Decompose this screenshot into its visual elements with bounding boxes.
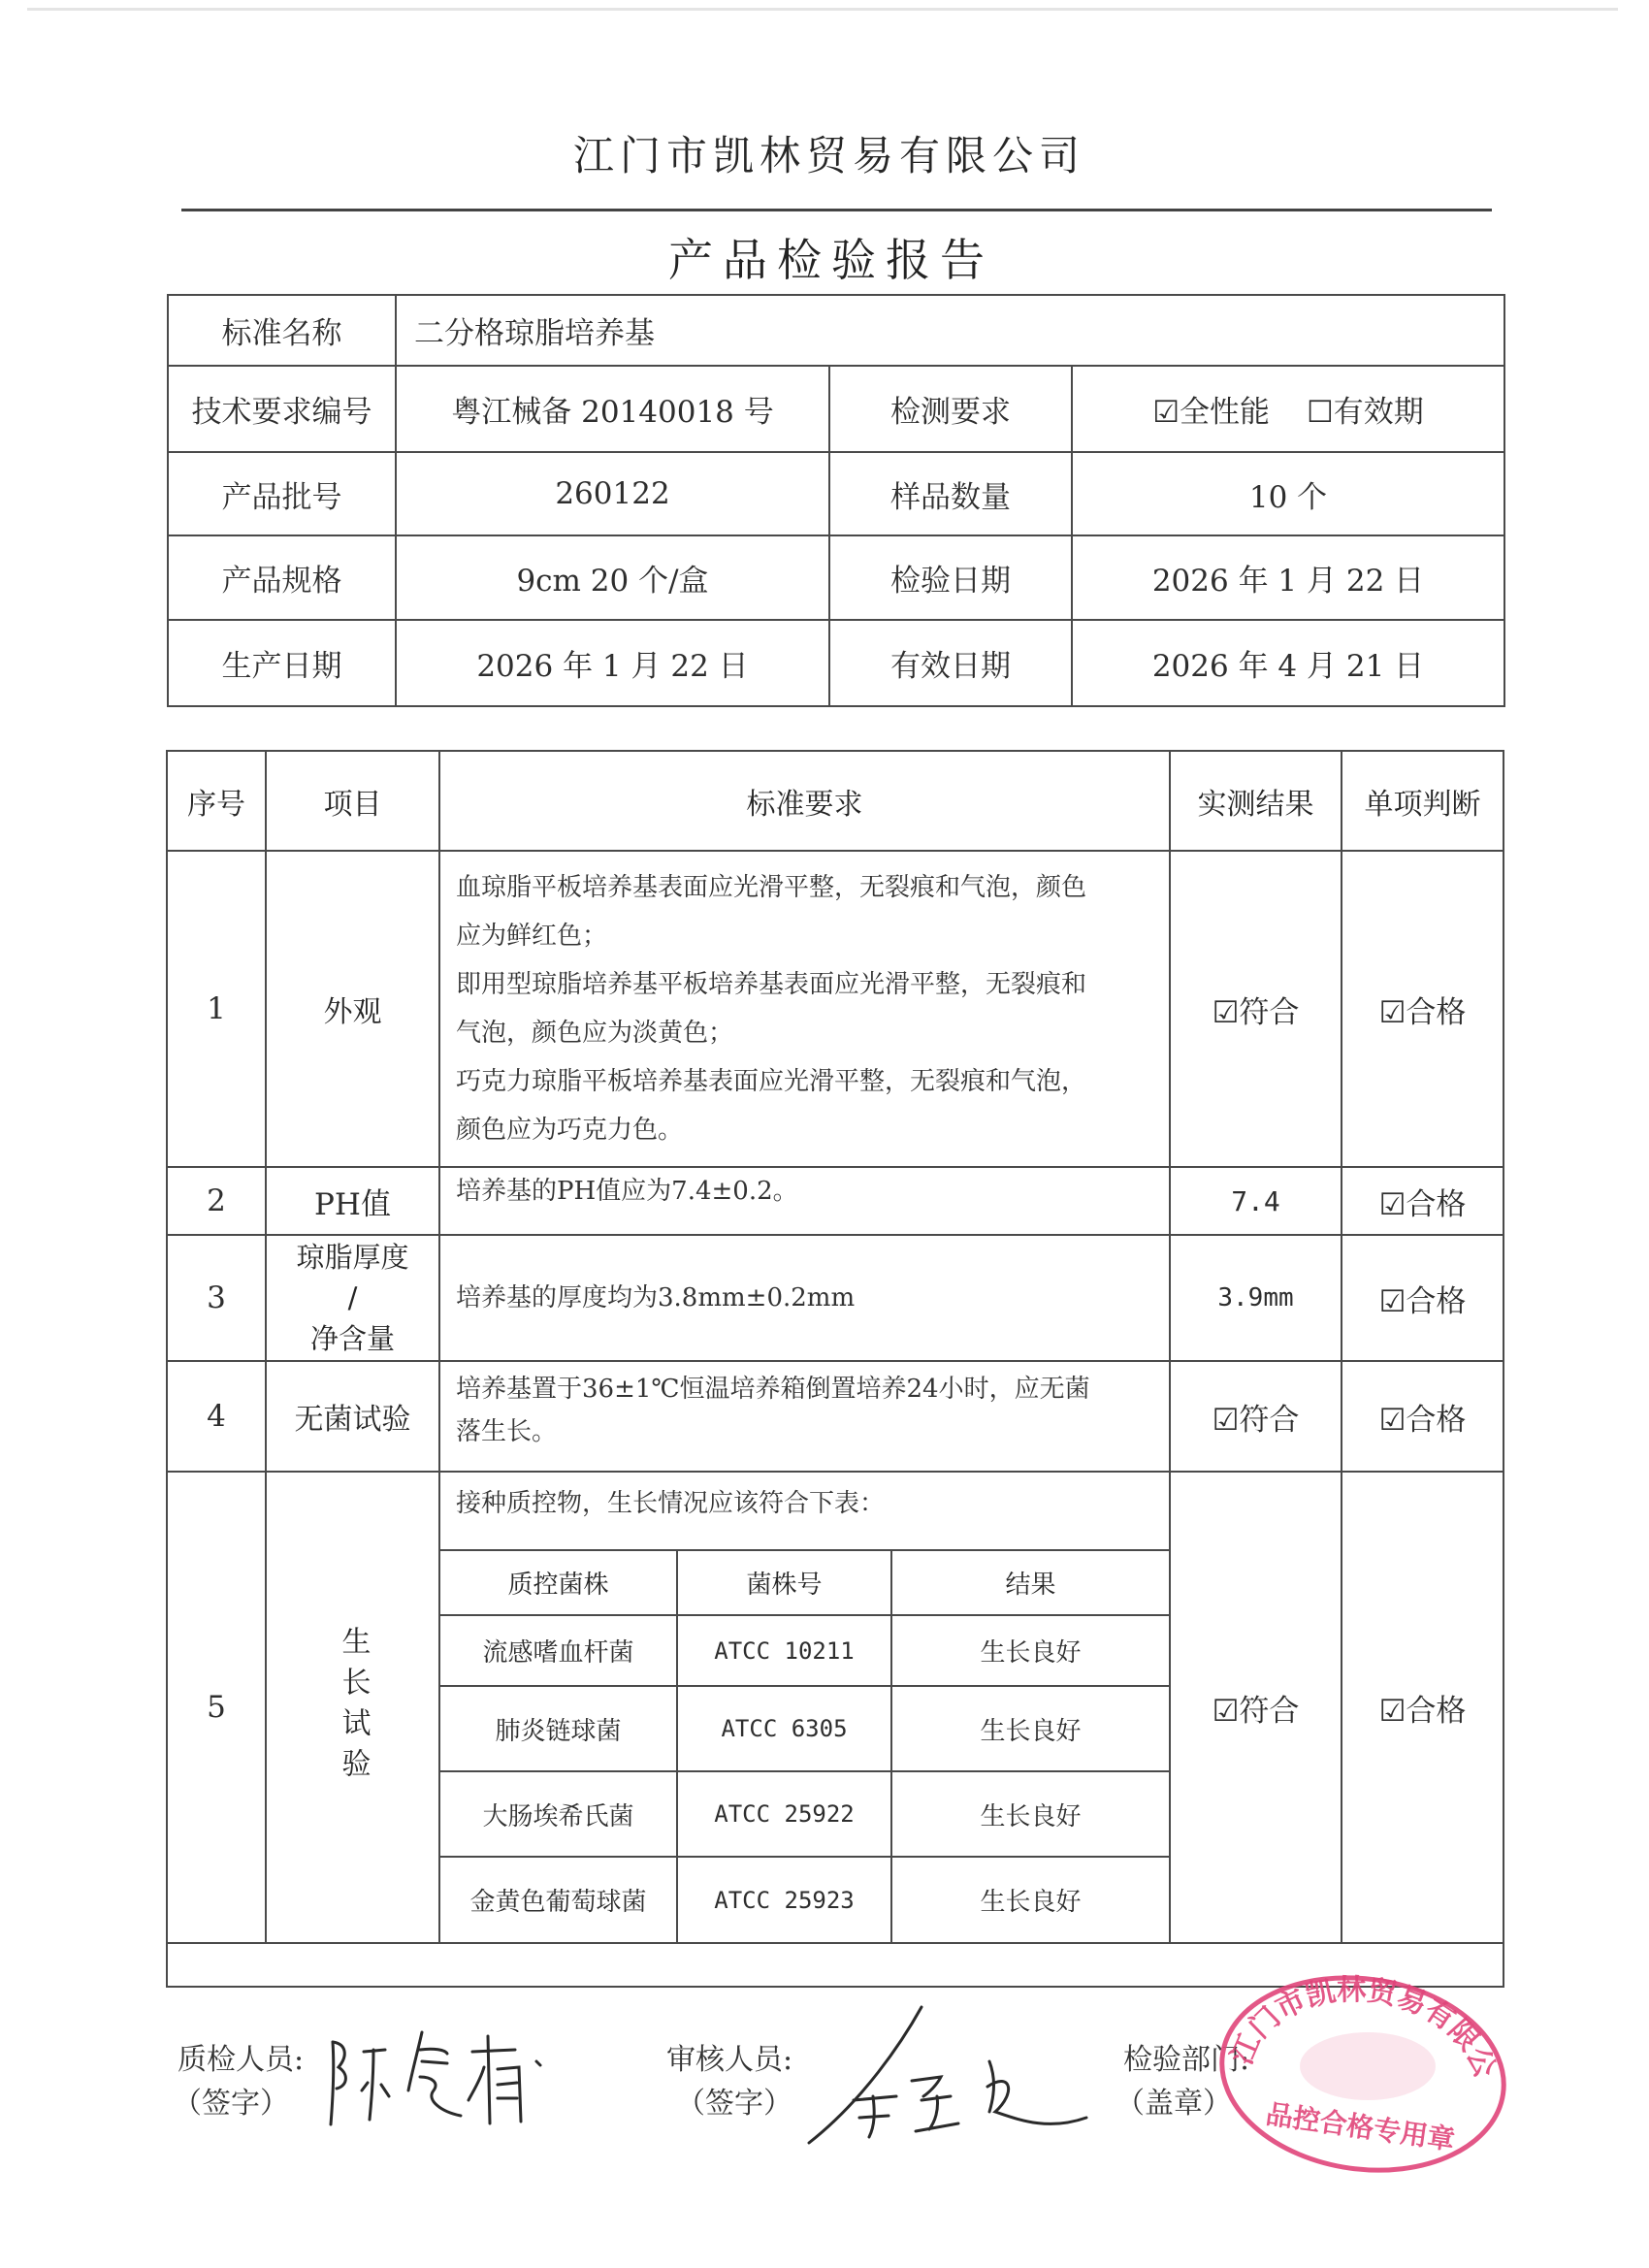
option-full-performance[interactable]: ☑全性能 xyxy=(1152,387,1270,431)
row-no: 3 xyxy=(168,1236,265,1360)
strain-name: 金黄色葡萄球菌 xyxy=(440,1858,676,1942)
requirement-line: 即用型琼脂培养基平板培养基表面应光滑平整，无裂痕和 xyxy=(456,960,1164,1009)
strain-name: 流感嗜血杆菌 xyxy=(440,1616,676,1685)
tech-req-value: 粤江械备 20140018 号 xyxy=(397,367,828,451)
spec-label: 产品规格 xyxy=(169,536,395,619)
row-judgement[interactable]: ☑合格 xyxy=(1342,1236,1503,1360)
report-title: 产品检验报告 xyxy=(0,225,1649,289)
requirement-line: 颜色应为巧克力色。 xyxy=(456,1106,1164,1154)
test-req-options: ☑全性能 ☐有效期 xyxy=(1073,367,1503,451)
item-line: 琼脂厚度 xyxy=(296,1237,408,1278)
requirement-line: 气泡，颜色应为淡黄色； xyxy=(456,1009,1164,1057)
strain-header-result: 结果 xyxy=(892,1551,1169,1614)
sample-qty-label: 样品数量 xyxy=(830,453,1071,535)
requirement-line: 落生长。 xyxy=(456,1410,1164,1453)
stamp-inner-text: 品控合格专用章 xyxy=(1264,2098,1457,2156)
row-result[interactable]: ☑符合 xyxy=(1171,1473,1341,1942)
requirement-line: 巧克力琼脂平板培养基表面应光滑平整，无裂痕和气泡， xyxy=(456,1057,1164,1106)
inspect-date-label: 检验日期 xyxy=(830,536,1071,619)
reviewer-signature xyxy=(795,2003,1106,2149)
header-requirement: 标准要求 xyxy=(440,752,1169,850)
header-divider xyxy=(181,209,1492,211)
row-requirement: 培养基的厚度均为3.8mm±0.2mm xyxy=(456,1236,1164,1360)
page-scan-edge xyxy=(27,8,1618,11)
tech-req-label: 技术要求编号 xyxy=(169,367,395,451)
row-item: 外观 xyxy=(267,852,438,1166)
inspect-date-value: 2026 年 1 月 22 日 xyxy=(1073,536,1503,619)
inspector-label: 质检人员: xyxy=(178,2040,304,2081)
standard-name-value: 二分格琼脂培养基 xyxy=(397,296,1503,365)
row-judgement[interactable]: ☑合格 xyxy=(1342,1362,1503,1471)
strain-header-name: 质控菌株 xyxy=(440,1551,676,1614)
option-expiry[interactable]: ☐有效期 xyxy=(1307,387,1424,431)
strain-id: ATCC 6305 xyxy=(678,1687,890,1770)
item-line: 净含量 xyxy=(310,1318,395,1359)
prod-date-label: 生产日期 xyxy=(169,621,395,705)
inspector-sub-label: （签字） xyxy=(173,2084,289,2124)
option-label: 有效期 xyxy=(1334,395,1424,430)
company-name: 江门市凯林贸易有限公司 xyxy=(0,124,1649,182)
company-stamp: 江门市凯林贸易有限公司 品控合格专用章 xyxy=(1212,1969,1513,2173)
requirement-line: 应为鲜红色； xyxy=(456,912,1164,960)
strain-result: 生长良好 xyxy=(892,1616,1169,1685)
row-result: 7.4 xyxy=(1171,1168,1341,1234)
strain-result: 生长良好 xyxy=(892,1772,1169,1856)
standard-name-label: 标准名称 xyxy=(169,296,395,365)
header-result: 实测结果 xyxy=(1171,752,1341,850)
row-judgement[interactable]: ☑合格 xyxy=(1342,1168,1503,1234)
row-requirement-intro: 接种质控物，生长情况应该符合下表： xyxy=(456,1482,1164,1525)
sample-qty-value: 10 个 xyxy=(1073,453,1503,535)
row-no: 4 xyxy=(168,1362,265,1471)
inspector-signature xyxy=(325,2023,548,2129)
strain-id: ATCC 25923 xyxy=(678,1858,890,1942)
row-item: 无菌试验 xyxy=(267,1362,438,1471)
strain-result: 生长良好 xyxy=(892,1858,1169,1942)
expiry-label: 有效日期 xyxy=(830,621,1071,705)
table-line xyxy=(167,705,1505,707)
row-no: 1 xyxy=(168,852,265,1166)
spec-value: 9cm 20 个/盒 xyxy=(397,536,828,619)
requirement-line: 培养基置于36±1℃恒温培养箱倒置培养24小时，应无菌 xyxy=(456,1368,1164,1410)
batch-label: 产品批号 xyxy=(169,453,395,535)
checkbox-checked-icon[interactable]: ☑ xyxy=(1152,395,1180,430)
row-no: 2 xyxy=(168,1168,265,1234)
expiry-value: 2026 年 4 月 21 日 xyxy=(1073,621,1503,705)
row-result: 3.9mm xyxy=(1171,1236,1341,1360)
reviewer-sub-label: （签字） xyxy=(676,2084,792,2124)
header-judgement: 单项判断 xyxy=(1342,752,1503,850)
strain-result: 生长良好 xyxy=(892,1687,1169,1770)
row-item: PH值 xyxy=(267,1168,438,1234)
header-no: 序号 xyxy=(168,752,265,850)
table-line xyxy=(1503,750,1504,1988)
row-result[interactable]: ☑符合 xyxy=(1171,1362,1341,1471)
header-item: 项目 xyxy=(267,752,438,850)
item-line: / xyxy=(348,1278,358,1318)
item-vertical-text: 生长试验 xyxy=(332,1626,374,1789)
row-requirement: 血琼脂平板培养基表面应光滑平整，无裂痕和气泡，颜色 应为鲜红色； 即用型琼脂培养… xyxy=(456,863,1164,1154)
strain-name: 肺炎链球菌 xyxy=(440,1687,676,1770)
test-req-label: 检测要求 xyxy=(830,367,1071,451)
reviewer-label: 审核人员: xyxy=(666,2040,792,2081)
requirement-line: 血琼脂平板培养基表面应光滑平整，无裂痕和气泡，颜色 xyxy=(456,863,1164,912)
row-judgement[interactable]: ☑合格 xyxy=(1342,1473,1503,1942)
prod-date-value: 2026 年 1 月 22 日 xyxy=(397,621,828,705)
row-requirement: 培养基置于36±1℃恒温培养箱倒置培养24小时，应无菌 落生长。 xyxy=(456,1368,1164,1453)
row-no: 5 xyxy=(168,1473,265,1942)
row-result[interactable]: ☑符合 xyxy=(1171,852,1341,1166)
row-item: 琼脂厚度 / 净含量 xyxy=(267,1236,438,1360)
row-judgement[interactable]: ☑合格 xyxy=(1342,852,1503,1166)
row-requirement: 培养基的PH值应为7.4±0.2。 xyxy=(456,1172,1164,1211)
checkbox-unchecked-icon[interactable]: ☐ xyxy=(1307,395,1334,430)
strain-id: ATCC 25922 xyxy=(678,1772,890,1856)
table-line xyxy=(1503,294,1505,707)
strain-header-id: 菌株号 xyxy=(678,1551,890,1614)
row-item: 生长试验 xyxy=(267,1473,438,1942)
strain-name: 大肠埃希氏菌 xyxy=(440,1772,676,1856)
option-label: 全性能 xyxy=(1180,395,1270,430)
batch-value: 260122 xyxy=(397,453,828,535)
strain-id: ATCC 10211 xyxy=(678,1616,890,1685)
